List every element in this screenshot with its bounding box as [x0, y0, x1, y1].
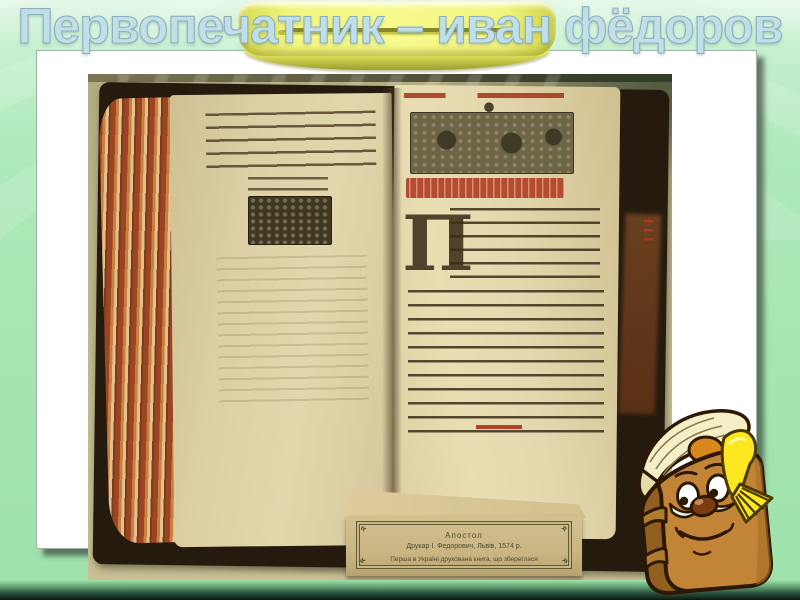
page-title: Первопечатник – иван фёдоров [0, 0, 800, 58]
label-imprint: Друкар І. Федорович, Львів, 1574 р. [357, 543, 571, 550]
headpiece-finial [482, 100, 496, 112]
red-margin-marks [644, 220, 653, 246]
red-end-line [476, 425, 522, 429]
label-frame: « » « » Апостол Друкар І. Федорович, Льв… [356, 521, 572, 569]
gutter-shadow [382, 88, 402, 543]
initial-letter: П [402, 202, 444, 288]
headpiece-ornament [410, 112, 574, 174]
left-page-ornament [248, 196, 332, 245]
museum-label-stand: « » « » Апостол Друкар І. Федорович, Льв… [344, 488, 586, 578]
right-page-text-block-lower [408, 290, 604, 436]
presentation-slide: П « » « » Апостол Друкар І. Федорович, Л… [0, 0, 800, 600]
red-vyaz-title [406, 178, 564, 198]
left-page-showthrough [217, 255, 370, 408]
right-page-text-block [450, 208, 600, 288]
book-mascot-illustration [628, 404, 786, 600]
left-page-text-block [205, 111, 376, 177]
left-page-centered-lines [248, 177, 328, 197]
label-title: Апостол [357, 531, 571, 540]
cover-wear-patch [619, 213, 662, 414]
label-stand-top [344, 488, 586, 518]
label-plate: « » « » Апостол Друкар І. Федорович, Льв… [346, 516, 582, 576]
label-note: Перша в Україні друкована книга, що збер… [357, 556, 571, 563]
exhibit-photo: П « » « » Апостол Друкар І. Федорович, Л… [88, 74, 672, 580]
right-page-red-rubric [404, 93, 564, 98]
